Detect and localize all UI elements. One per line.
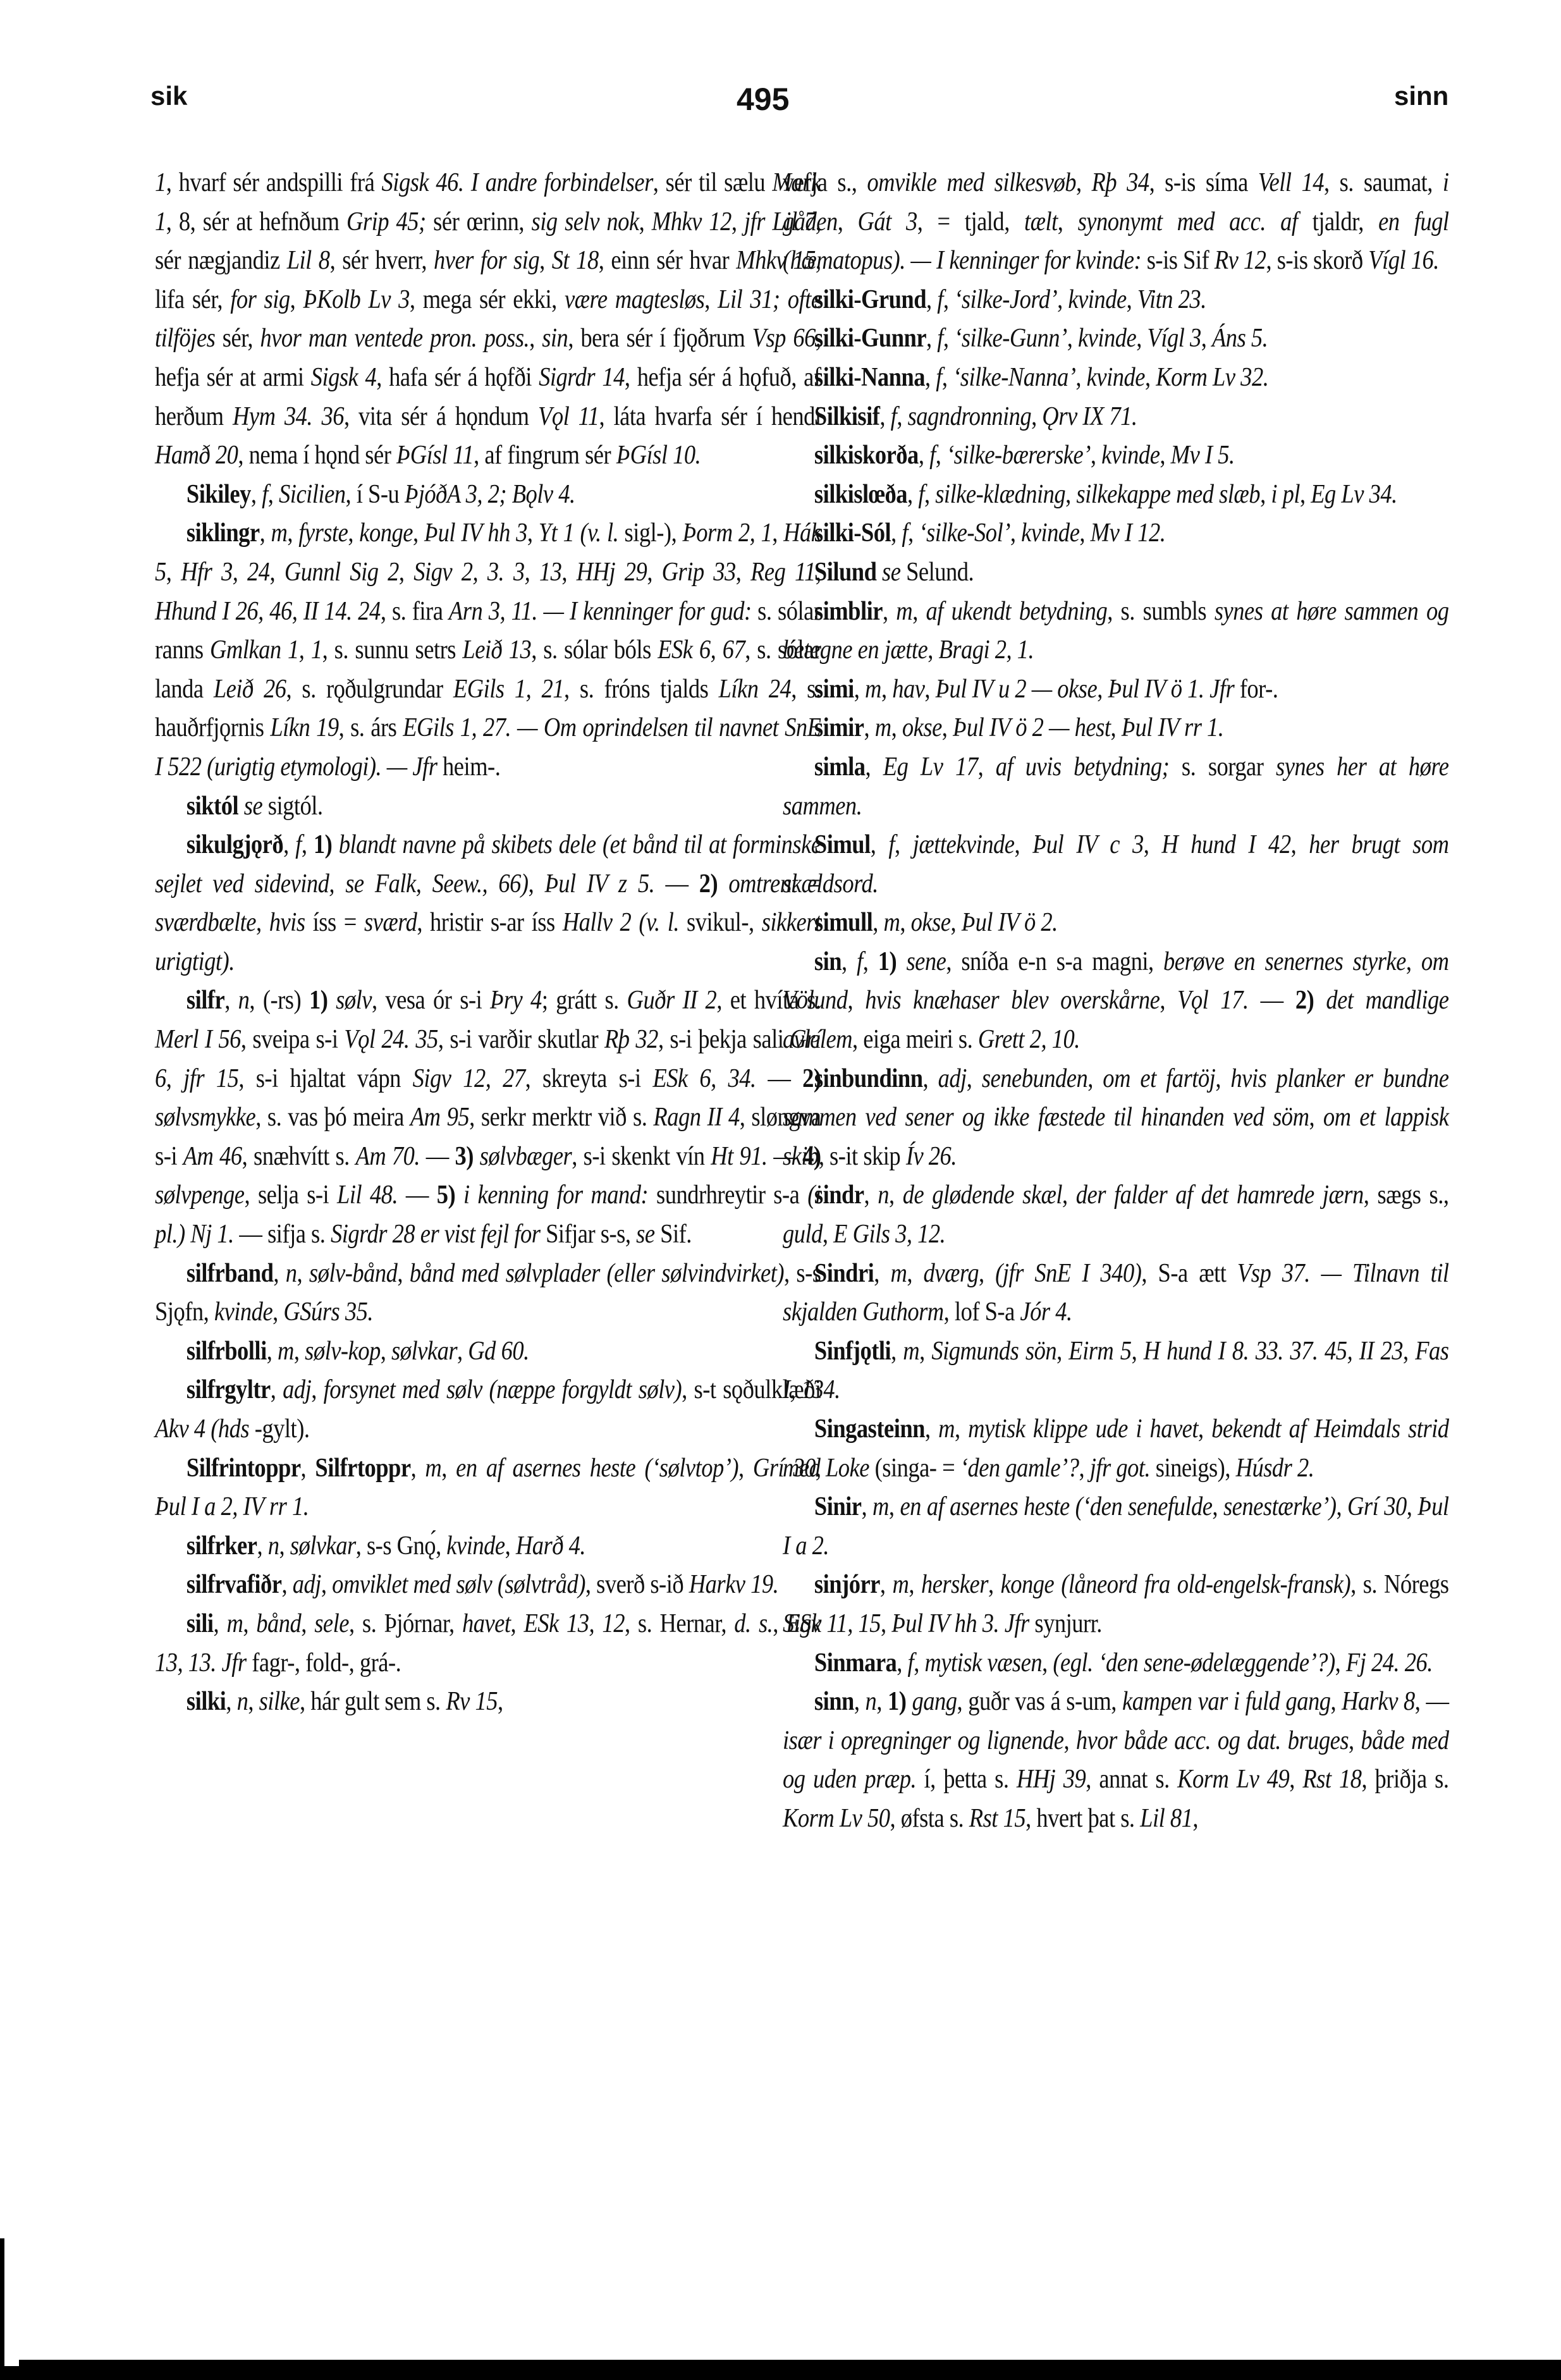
dictionary-entry: Sinfjǫtli, m, Sigmunds sön, Eirm 5, H hu… xyxy=(783,1332,1449,1409)
right-column: vefja s., omvikle med silkesvøb, Rþ 34, … xyxy=(783,163,1449,1838)
dictionary-entry: Sinmara, f, mytisk væsen, (egl. ‘den sen… xyxy=(783,1643,1449,1683)
dictionary-entry: simi, m, hav, Þul IV u 2 — okse, Þul IV … xyxy=(783,670,1449,709)
dictionary-entry: silki, n, silke, hár gult sem s. Rv 15, xyxy=(155,1682,821,1721)
dictionary-entry: siklingr, m, fyrste, konge, Þul IV hh 3,… xyxy=(155,513,821,786)
left-column: 1, hvarf sér andspilli frá Sigsk 46. I a… xyxy=(155,163,821,1721)
dictionary-entry: silfr, n, (-rs) 1) sølv, vesa ór s-i Þry… xyxy=(155,981,821,1253)
dictionary-entry: silfrbolli, m, sølv-kop, sølvkar, Gd 60. xyxy=(155,1332,821,1371)
dictionary-entry: Singasteinn, m, mytisk klippe ude i have… xyxy=(783,1409,1449,1487)
dictionary-entry: simblir, m, af ukendt betydning, s. sumb… xyxy=(783,592,1449,670)
dictionary-entry: silkiskorða, f, ‘silke-bærerske’, kvinde… xyxy=(783,436,1449,475)
dictionary-entry: sindr, n, de glødende skæl, der falder a… xyxy=(783,1175,1449,1253)
dictionary-entry: silfrker, n, sølvkar, s-s Gnǫ́, kvinde, … xyxy=(155,1526,821,1566)
dictionary-entry: simull, m, okse, Þul IV ö 2. xyxy=(783,903,1449,942)
dictionary-entry: Simul, f, jættekvinde, Þul IV c 3, H hun… xyxy=(783,825,1449,903)
dictionary-entry: silki-Sól, f, ‘silke-Sol’, kvinde, Mv I … xyxy=(783,513,1449,553)
dictionary-entry: siktól se sigtól. xyxy=(155,787,821,826)
scan-edge-shadow xyxy=(0,2238,4,2380)
dictionary-entry: silfrvafiðr, adj, omviklet med sølv (søl… xyxy=(155,1565,821,1604)
page-number: 495 xyxy=(737,81,789,118)
dictionary-entry: Sindri, m, dværg, (jfr SnE I 340), S-a æ… xyxy=(783,1254,1449,1332)
dictionary-entry: sinbundinn, adj, senebunden, om et fartö… xyxy=(783,1059,1449,1176)
scan-bottom-edge xyxy=(0,2366,1561,2380)
dictionary-entry: silkislœða, f, silke-klædning, silkekapp… xyxy=(783,475,1449,514)
dictionary-entry: silki-Gunnr, f, ‘silke-Gunn’, kvinde, Ví… xyxy=(783,319,1449,358)
dictionary-entry: Sinir, m, en af asernes heste (‘den sene… xyxy=(783,1487,1449,1565)
dictionary-entry: Silund se Selund. xyxy=(783,553,1449,592)
right-guideword: sinn xyxy=(1394,81,1448,111)
entry-continuation: vefja s., omvikle med silkesvøb, Rþ 34, … xyxy=(783,163,1449,280)
dictionary-entry: simla, Eg Lv 17, af uvis betydning; s. s… xyxy=(783,747,1449,825)
scan-bottom-shadow xyxy=(19,2360,1561,2366)
dictionary-entry: silfrband, n, sølv-bånd, bånd med sølvpl… xyxy=(155,1254,821,1332)
dictionary-entry: silki-Grund, f, ‘silke-Jord’, kvinde, Vi… xyxy=(783,280,1449,319)
dictionary-entry: Sikiley, f, Sicilien, í S-u ÞjóðA 3, 2; … xyxy=(155,475,821,514)
entry-continuation: 1, hvarf sér andspilli frá Sigsk 46. I a… xyxy=(155,163,821,475)
dictionary-entry: Silkisif, f, sagndronning, Ǫrv IX 71. xyxy=(783,397,1449,436)
dictionary-entry: silki-Nanna, f, ‘silke-Nanna’, kvinde, K… xyxy=(783,358,1449,397)
dictionary-entry: sin, f, 1) sene, sníða e-n s-a magni, be… xyxy=(783,942,1449,1059)
running-header: sik 495 sinn xyxy=(0,81,1561,119)
dictionary-entry: simir, m, okse, Þul IV ö 2 — hest, Þul I… xyxy=(783,708,1449,747)
dictionary-entry: sikulgjǫrð, f, 1) blandt navne på skibet… xyxy=(155,825,821,981)
left-guideword: sik xyxy=(150,81,187,111)
dictionary-entry: silfrgyltr, adj, forsynet med sølv (næpp… xyxy=(155,1370,821,1448)
dictionary-entry: sili, m, bånd, sele, s. Þjórnar, havet, … xyxy=(155,1604,821,1682)
dictionary-entry: Silfrintoppr, Silfrtoppr, m, en af asern… xyxy=(155,1449,821,1526)
dictionary-entry: sinn, n, 1) gang, guðr vas á s-um, kampe… xyxy=(783,1682,1449,1837)
dictionary-entry: sinjórr, m, hersker, konge (låneord fra … xyxy=(783,1565,1449,1643)
